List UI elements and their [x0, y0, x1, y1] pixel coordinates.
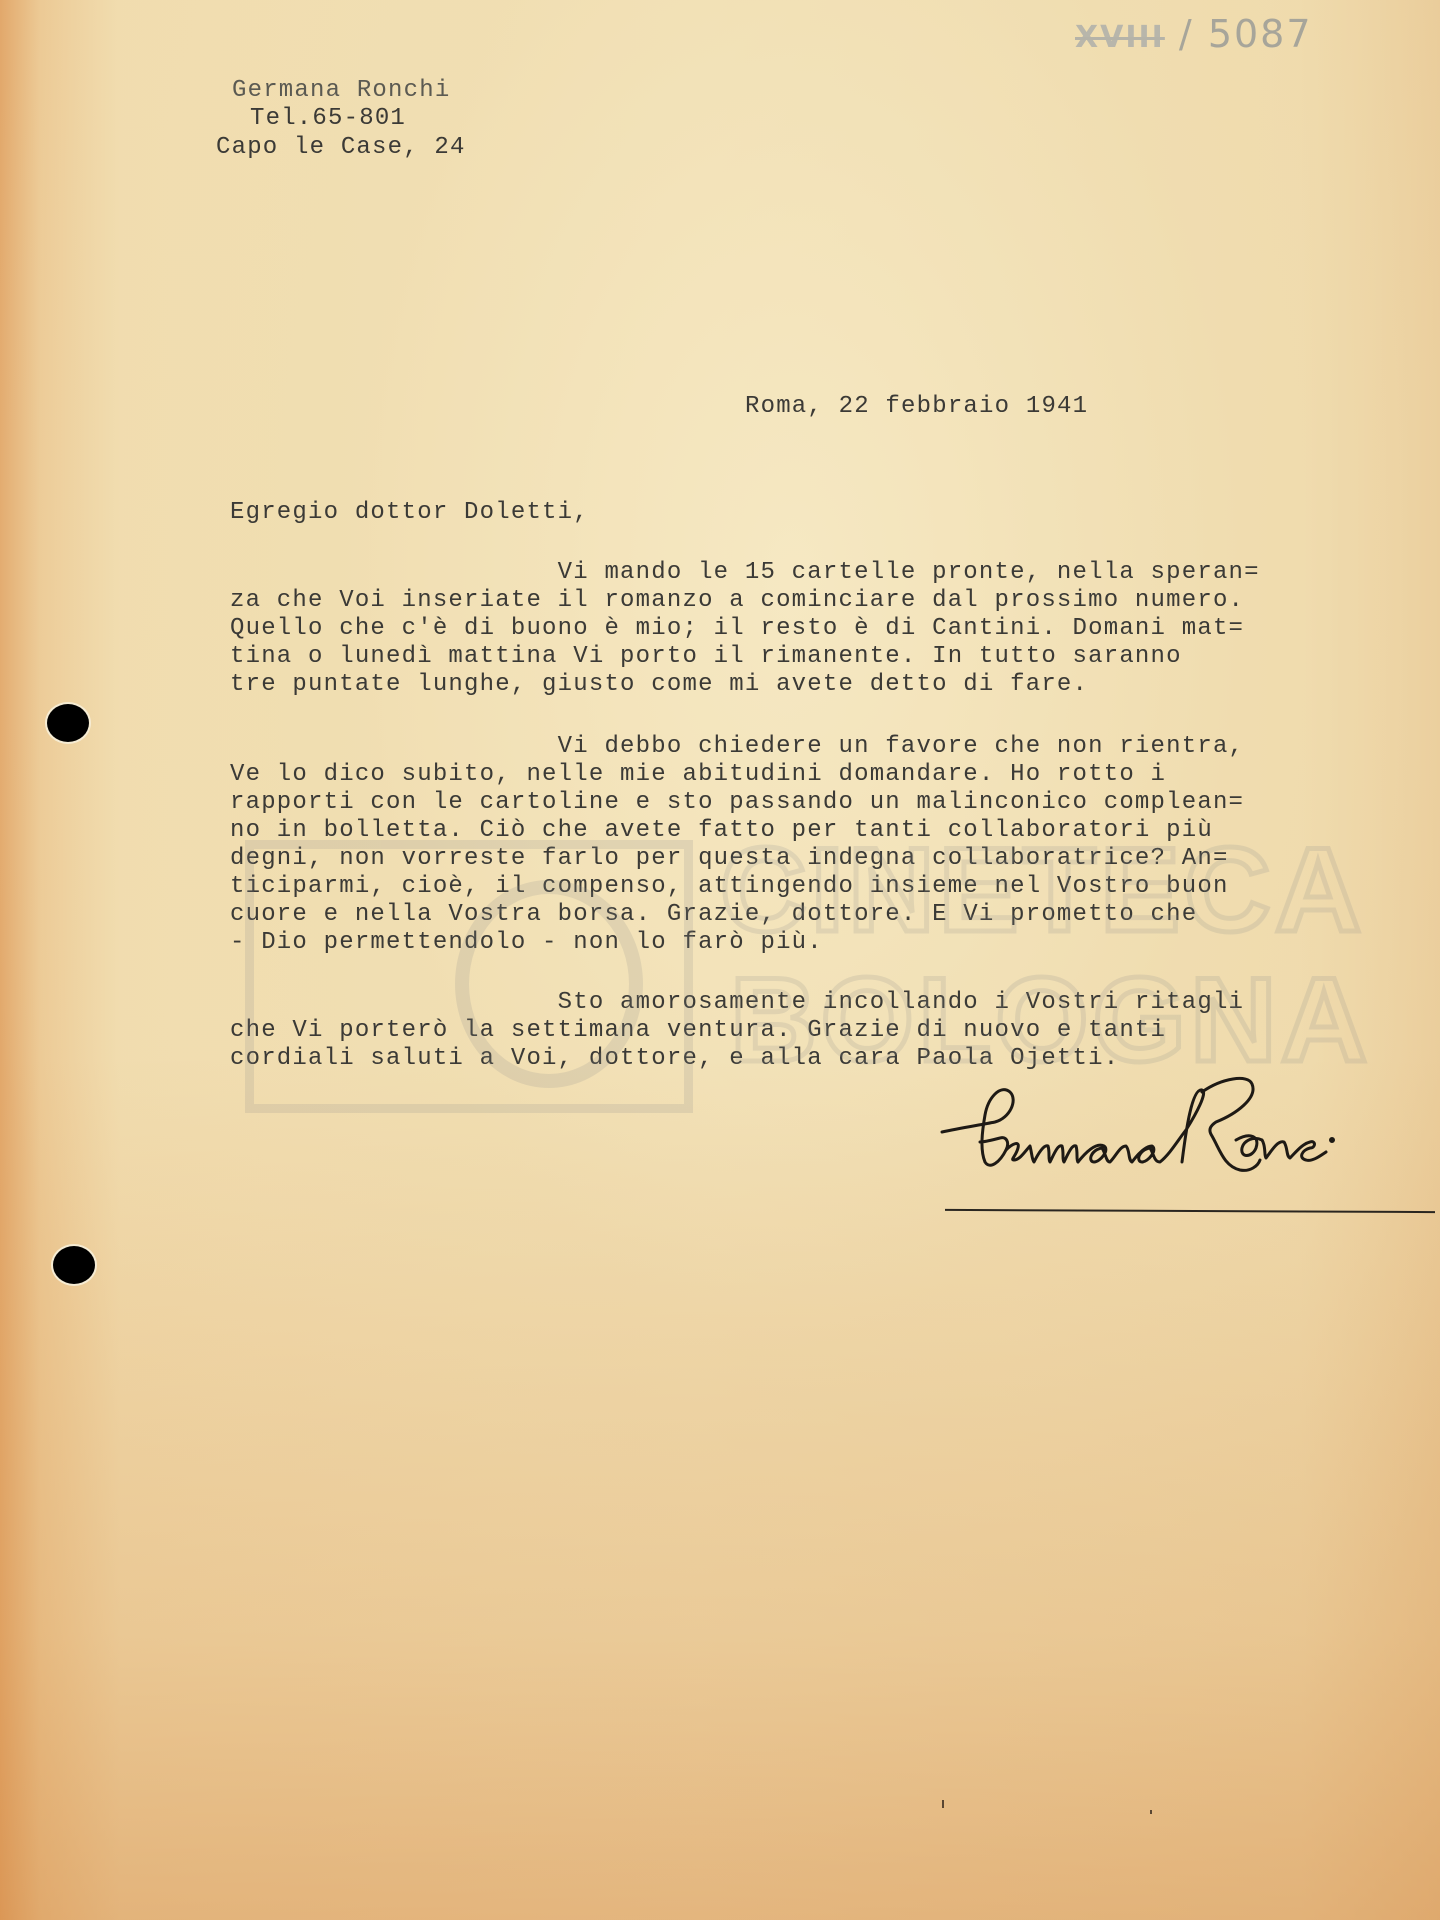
paragraph-line: Ve lo dico subito, nelle mie abitudini d…	[230, 760, 1166, 789]
paragraph-line: Vi debbo chiedere un favore che non rien…	[230, 732, 1244, 761]
letterhead-name: Germana Ronchi	[232, 76, 450, 105]
paragraph-line: Sto amorosamente incollando i Vostri rit…	[230, 988, 1244, 1017]
punch-hole	[47, 704, 89, 742]
paper-speck	[1150, 1810, 1152, 1814]
paragraph-line: cuore e nella Vostra borsa. Grazie, dott…	[230, 900, 1197, 929]
cineteca-watermark: CINETECA BOLOGNA	[0, 0, 1440, 1920]
archive-mark: XVIII / 5087	[1075, 12, 1313, 56]
letterhead-phone: Tel.65-801	[250, 104, 406, 133]
paragraph-line: za che Voi inseriate il romanzo a cominc…	[230, 586, 1244, 615]
signature-underline	[945, 1209, 1435, 1213]
paragraph-line: no in bolletta. Ciò che avete fatto per …	[230, 816, 1213, 845]
archive-roman-numeral: XVIII	[1075, 20, 1165, 55]
date-line: Roma, 22 febbraio 1941	[745, 392, 1088, 421]
archive-number: 5087	[1208, 12, 1313, 56]
paragraph-line: tre puntate lunghe, giusto come mi avete…	[230, 670, 1088, 699]
salutation: Egregio dottor Doletti,	[230, 498, 589, 527]
paragraph-line: degni, non vorreste farlo per questa ind…	[230, 844, 1229, 873]
paragraph-line: Quello che c'è di buono è mio; il resto …	[230, 614, 1244, 643]
paragraph-line: ticiparmi, cioè, il compenso, attingendo…	[230, 872, 1229, 901]
paragraph-line: rapporti con le cartoline e sto passando…	[230, 788, 1244, 817]
paper-aging-shade	[0, 0, 1440, 1920]
paragraph-line: cordiali saluti a Voi, dottore, e alla c…	[230, 1044, 1119, 1073]
paper-speck	[942, 1800, 944, 1808]
paragraph-line: - Dio permettendolo - non lo farò più.	[230, 928, 823, 957]
letterhead-address: Capo le Case, 24	[216, 133, 466, 162]
handwritten-signature	[940, 1070, 1440, 1200]
paragraph-line: Vi mando le 15 cartelle pronte, nella sp…	[230, 558, 1260, 587]
paragraph-line: tina o lunedì mattina Vi porto il rimane…	[230, 642, 1182, 671]
paragraph-line: che Vi porterò la settimana ventura. Gra…	[230, 1016, 1166, 1045]
punch-hole	[53, 1246, 95, 1284]
